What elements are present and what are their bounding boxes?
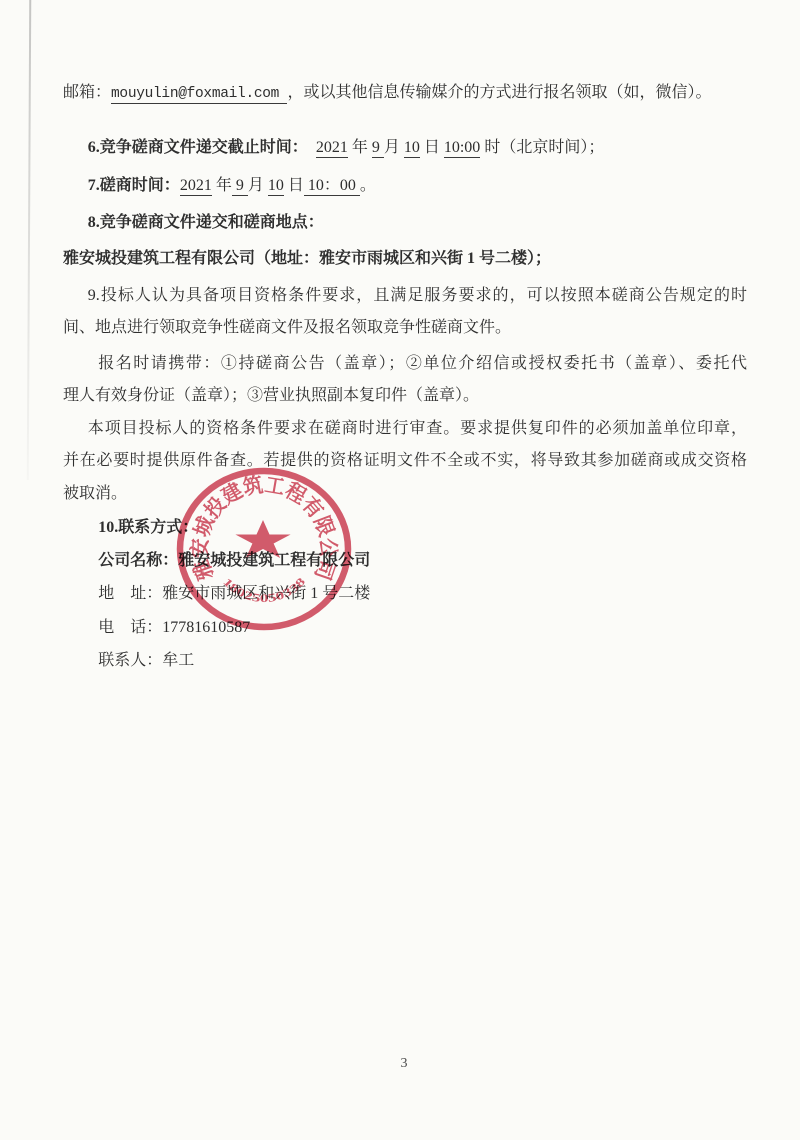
email-rest: ，或以其他信息传输媒介的方式进行报名领取（如，微信）。 — [287, 84, 711, 101]
seal-star-icon — [235, 520, 290, 558]
item7-day: 10 — [268, 177, 284, 196]
item6-month: 9 — [372, 139, 384, 158]
item7-rest: 。 — [360, 177, 376, 194]
item7-sep3: 日 — [284, 177, 304, 194]
item6-day: 10 — [404, 139, 420, 158]
company-seal-stamp: 雅安城投建筑工程有限公司 18025050338 — [144, 429, 384, 669]
email-label: 邮箱： — [63, 84, 111, 101]
item6-sep1: 年 — [348, 139, 372, 156]
item7-label: 7.磋商时间： — [88, 177, 180, 194]
item6-year: 2021 — [316, 139, 348, 158]
registration-requirements-line-1: 报名时请携带：①持磋商公告（盖章）；②单位介绍信或授权委托书（盖章）、委托代 — [63, 347, 747, 380]
company-location-line: 雅安城投建筑工程有限公司（地址：雅安市雨城区和兴街 1 号二楼）； — [63, 242, 747, 275]
svg-text:18025050338: 18025050338 — [220, 576, 308, 605]
item6-label: 6.竞争磋商文件递交截止时间： — [88, 139, 316, 156]
item6-time: 10:00 — [444, 139, 480, 158]
item-9-line-1: 9.投标人认为具备项目资格条件要求，且满足服务要求的，可以按照本磋商公告规定的时 — [63, 279, 747, 312]
item-9-line-2: 间、地点进行领取竞争性磋商文件及报名领取竞争性磋商文件。 — [63, 311, 747, 344]
scan-edge-artifact — [27, 0, 32, 480]
item7-month: 9 — [232, 177, 248, 196]
item-7-consultation-time: 7.磋商时间：2021 年 9 月 10 日 10：00 。 — [63, 169, 747, 202]
item7-time: 10：00 — [304, 177, 360, 196]
item-6-submission-deadline: 6.竞争磋商文件递交截止时间： 2021 年 9 月 10 日 10:00 时（… — [63, 131, 747, 164]
item6-sep2: 月 — [384, 139, 404, 156]
scanned-document-page: 邮箱：mouyulin@foxmail.com ，或以其他信息传输媒介的方式进行… — [0, 0, 800, 1140]
seal-code-text: 18025050338 — [220, 576, 308, 605]
item7-sep1: 年 — [212, 177, 232, 194]
item6-sep3: 日 — [420, 139, 444, 156]
item6-rest: 时（北京时间）； — [480, 139, 604, 156]
registration-requirements-line-2: 理人有效身份证（盖章）；③营业执照副本复印件（盖章）。 — [63, 379, 747, 412]
item-8-location-heading: 8.竞争磋商文件递交和磋商地点： — [63, 206, 747, 239]
page-number: 3 — [0, 1054, 800, 1074]
item7-year: 2021 — [180, 177, 212, 196]
email-line: 邮箱：mouyulin@foxmail.com ，或以其他信息传输媒介的方式进行… — [63, 76, 747, 111]
item7-sep2: 月 — [248, 177, 268, 194]
email-address: mouyulin@foxmail.com — [111, 86, 287, 104]
